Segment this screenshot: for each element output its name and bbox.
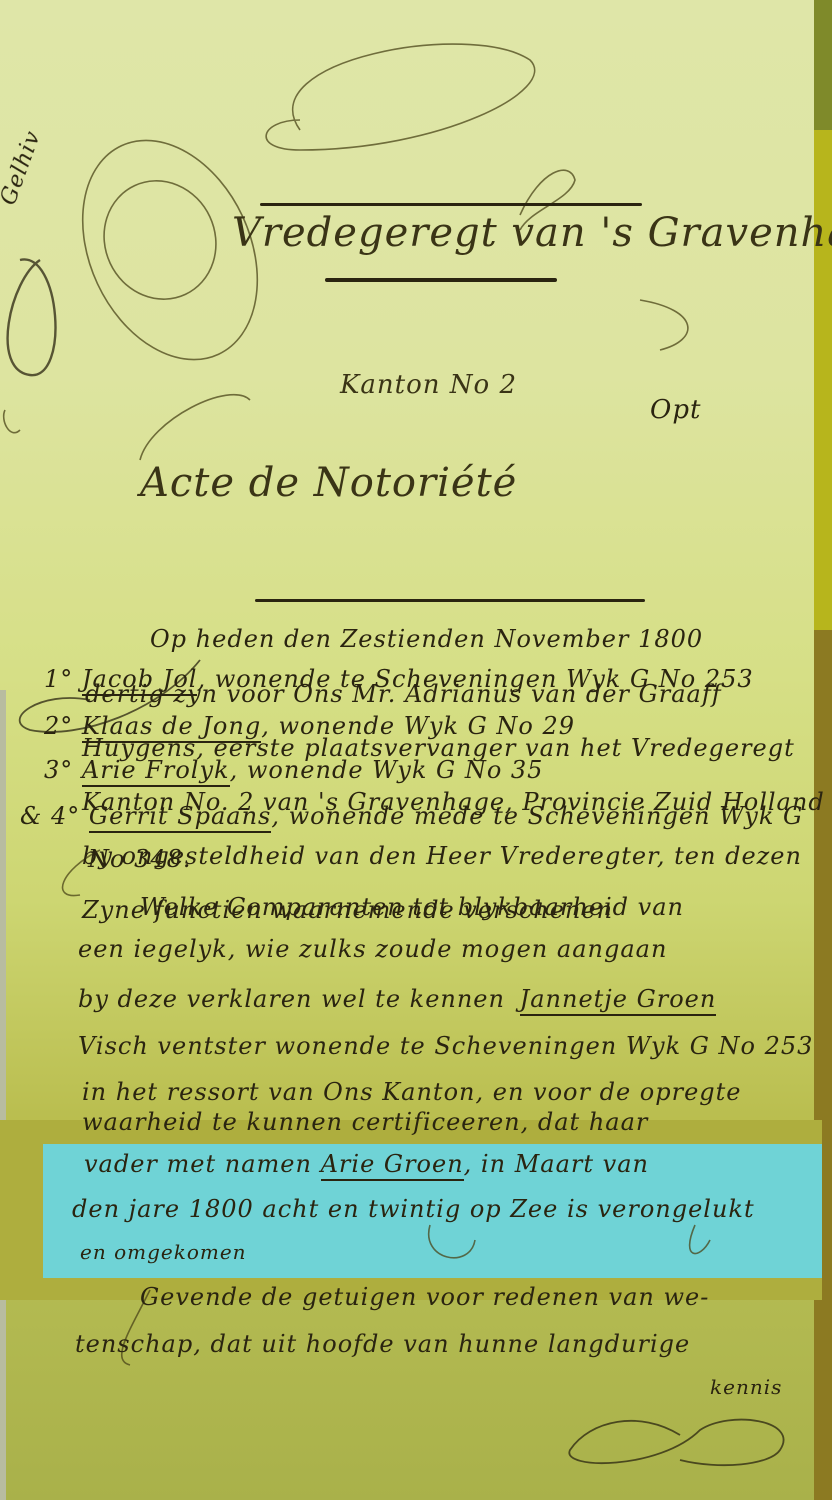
witness-4: & 4° Gerrit Spaans, wonende mede te Sche… — [20, 802, 803, 830]
name-underline — [82, 694, 198, 696]
witness-number: & 4° — [20, 802, 80, 830]
left-edge-strip — [0, 690, 6, 1500]
background-edge-low — [812, 630, 832, 1500]
body-line-1: Op heden den Zestienden November 1800 — [150, 625, 703, 653]
deed-title: Acte de Notoriété — [140, 460, 517, 506]
witness-number: 1° — [44, 665, 73, 693]
highlight-line-3: en omgekomen — [80, 1240, 247, 1264]
name-underline — [520, 1014, 717, 1016]
court-heading: Vredegeregt van 's Gravenhage — [232, 210, 832, 256]
witness-number: 3° — [44, 756, 73, 784]
witness-address: , wonende Wyk G No 35 — [230, 756, 544, 784]
witness-address: , wonende mede te Scheveningen Wyk G — [271, 802, 803, 830]
witness-name: Jacob Jol — [82, 665, 198, 693]
name-underline — [82, 785, 230, 787]
heading-rule-2b — [325, 278, 557, 282]
heading-rule-3 — [255, 599, 645, 602]
witness-address: , wonende Wyk G No 29 — [261, 712, 575, 740]
para2-line-5: in het ressort van Ons Kanton, en voor d… — [82, 1078, 741, 1106]
witness-3: 3° Arie Frolyk, wonende Wyk G No 35 — [44, 756, 543, 784]
heading-rule-1b — [260, 203, 642, 206]
para2-line-4: Visch ventster wonende te Scheveningen W… — [78, 1032, 813, 1060]
name-underline — [82, 741, 261, 743]
background-edge-top — [812, 0, 832, 130]
name-underline — [321, 1179, 464, 1181]
witness-1: 1° Jacob Jol, wonende te Scheveningen Wy… — [44, 665, 754, 693]
para3-line-3: kennis — [710, 1375, 782, 1399]
witness-address: , wonende te Scheveningen Wyk G No 253 — [197, 665, 753, 693]
annotation-opt: Opt — [650, 395, 701, 425]
para2-line-2: een iegelyk, wie zulks zoude mogen aanga… — [78, 935, 667, 963]
witness-name: Arie Frolyk — [82, 756, 230, 784]
witness-2: 2° Klaas de Jong, wonende Wyk G No 29 — [44, 712, 575, 740]
para3-line-1: Gevende de getuigen voor redenen van we- — [140, 1283, 709, 1311]
canton-heading: Kanton No 2 — [340, 370, 517, 400]
para2-line-1: Welke Comparanten tot blykbaarheid van — [140, 893, 684, 921]
background-edge-mid — [812, 130, 832, 630]
witness-name: Gerrit Spaans — [89, 802, 271, 830]
witness-name: Klaas de Jong — [82, 712, 261, 740]
name-underline — [89, 831, 271, 833]
para2-line-3: by deze verklaren wel te kennen Jannetje… — [78, 985, 716, 1013]
witness-number: 2° — [44, 712, 73, 740]
highlighted-name: Arie Groen — [321, 1150, 464, 1178]
para2-line-6: waarheid te kunnen certificeeren, dat ha… — [82, 1108, 648, 1136]
witness-4-address-cont: No 348. — [88, 845, 192, 873]
highlight-line-2: den jare 1800 acht en twintig op Zee is … — [72, 1195, 755, 1223]
highlight-line-1: vader met namen Arie Groen, in Maart van — [84, 1150, 649, 1178]
named-person: Jannetje Groen — [520, 985, 717, 1013]
para3-line-2: tenschap, dat uit hoofde van hunne langd… — [75, 1330, 690, 1358]
